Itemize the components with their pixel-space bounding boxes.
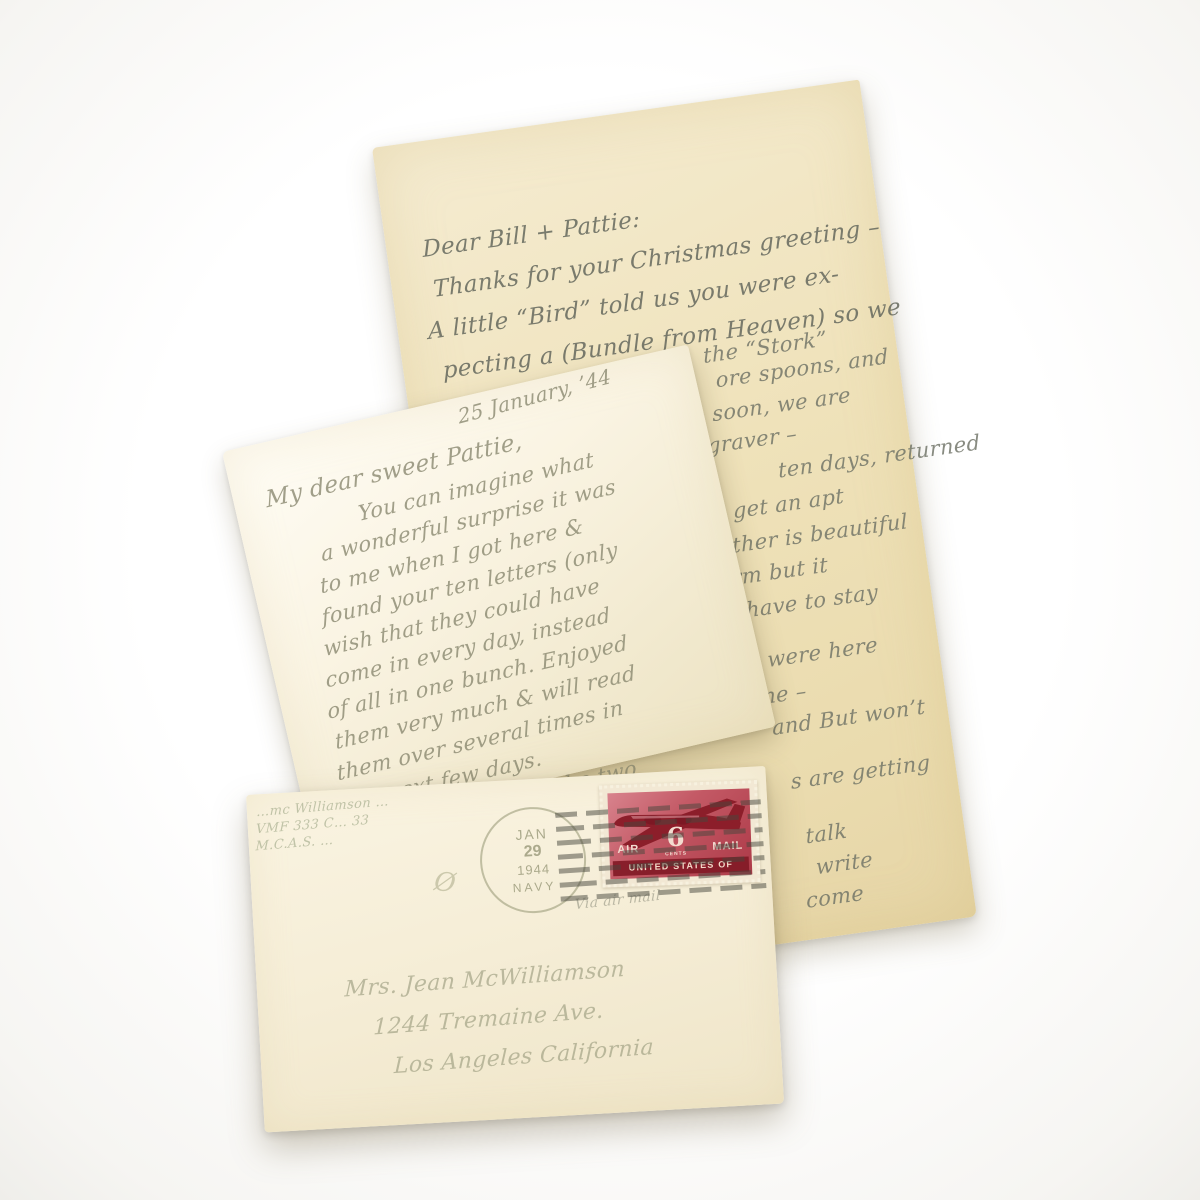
- cancellation-bars: [555, 799, 767, 904]
- handwritten-line: write: [815, 847, 874, 879]
- pencil-mark: Ø: [433, 867, 458, 899]
- postmark-service: NAVY: [512, 879, 557, 895]
- handwritten-line: s are getting: [790, 750, 931, 794]
- return-address: …mc Williamson …VMF 333 C… 33M.C.A.S. …: [255, 793, 389, 855]
- handwritten-line: were here: [767, 632, 879, 672]
- postmark-year: 1944: [517, 861, 551, 878]
- photo-scene: Dear Bill + Pattie:Thanks for your Chris…: [0, 0, 1200, 1200]
- handwritten-line: talk: [805, 818, 848, 848]
- postmark-month: JAN: [515, 825, 548, 843]
- envelope: …mc Williamson …VMF 333 C… 33M.C.A.S. … …: [246, 766, 784, 1133]
- mailing-address: Mrs. Jean McWilliamson1244 Tremaine Ave.…: [341, 947, 657, 1091]
- handwritten-line: ten days, returned: [777, 430, 981, 482]
- handwritten-line: come: [805, 881, 864, 913]
- postmark-day: 29: [523, 843, 542, 862]
